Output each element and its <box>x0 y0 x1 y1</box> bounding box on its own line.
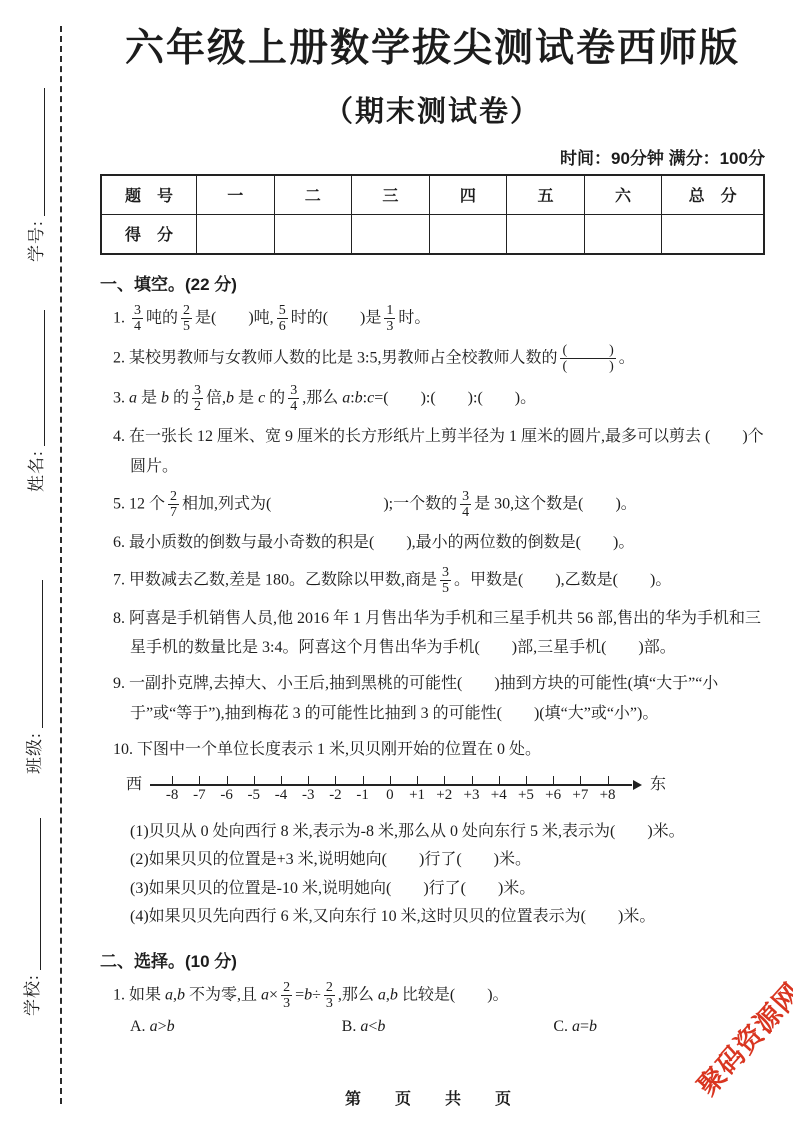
student-id-label: 学号: <box>27 220 46 262</box>
number-line-tick <box>553 776 554 785</box>
number-line-axis <box>150 784 632 786</box>
number-line-tick <box>308 776 309 785</box>
question-6: 6. 最小质数的倒数与最小奇数的积是( ),最小的两位数的倒数是( )。 <box>100 528 765 557</box>
number-line-tick-label: +2 <box>436 787 452 804</box>
page-subtitle: （期末测试卷） <box>100 89 765 130</box>
number-line-tick <box>580 776 581 785</box>
question-1: 1. 34吨的25是( )吨,56时的( )是13时。 <box>100 302 765 335</box>
number-line-tick <box>335 776 336 785</box>
number-line-tick-label: +8 <box>600 787 616 804</box>
number-line-tick <box>417 776 418 785</box>
fraction: ( )( ) <box>560 343 615 374</box>
section-1-heading: 一、填空。(22 分) <box>100 270 765 295</box>
score-cell <box>196 214 274 254</box>
class-label: 班级: <box>25 732 44 774</box>
score-table-col-4: 四 <box>429 175 507 215</box>
fraction: 35 <box>440 565 451 596</box>
number-line-tick-label: -6 <box>220 787 233 804</box>
question-2: 2. 某校男教师与女教师人数的比是 3:5,男教师占全校教师人数的( )( )。 <box>100 342 765 375</box>
score-row-label: 得 分 <box>101 214 196 254</box>
number-line-tick <box>499 776 500 785</box>
fraction: 34 <box>460 489 471 520</box>
number-line-tick-label: -2 <box>329 787 342 804</box>
number-line: 西 -8-7-6-5-4-3-2-10+1+2+3+4+5+6+7+8 东 <box>126 770 765 814</box>
student-name-label: 姓名: <box>27 450 46 492</box>
number-line-tick-label: -7 <box>193 787 206 804</box>
number-line-tick-label: +6 <box>545 787 561 804</box>
fraction: 23 <box>281 980 292 1011</box>
score-cell <box>662 214 764 254</box>
class-field: 班级: <box>20 580 46 774</box>
section-2-question-1: 1. 如果 a,b 不为零,且 a×23=b÷23,那么 a,b 比较是( )。 <box>100 979 765 1012</box>
number-line-tick <box>281 776 282 785</box>
number-line-tick <box>172 776 173 785</box>
fraction: 25 <box>181 303 192 334</box>
number-line-track: -8-7-6-5-4-3-2-10+1+2+3+4+5+6+7+8 <box>150 770 642 814</box>
question-4: 4. 在一张长 12 厘米、宽 9 厘米的长方形纸片上剪半径为 1 厘米的圆片,… <box>100 422 765 480</box>
score-cell <box>352 214 430 254</box>
east-label: 东 <box>650 770 666 794</box>
score-table-col-2: 二 <box>274 175 352 215</box>
school-field: 学校: <box>18 818 44 1016</box>
question-5: 5. 12 个27相加,列式为( );一个数的34是 30,这个数是( )。 <box>100 488 765 521</box>
score-cell <box>274 214 352 254</box>
option-a: A. a>b <box>130 1018 342 1036</box>
number-line-tick <box>608 776 609 785</box>
number-line-tick-label: -4 <box>275 787 288 804</box>
number-line-tick <box>199 776 200 785</box>
score-table-col-6: 六 <box>584 175 662 215</box>
student-id-field: 学号: <box>22 88 48 262</box>
west-label: 西 <box>126 770 142 794</box>
school-label: 学校: <box>23 974 42 1016</box>
page-title: 六年级上册数学拔尖测试卷西师版 <box>100 26 765 73</box>
question-8: 8. 阿喜是手机销售人员,他 2016 年 1 月售出华为手机和三星手机共 56… <box>100 604 765 662</box>
choice-options-row: A. a>b B. a<b C. a=b <box>100 1018 765 1036</box>
number-line-tick <box>363 776 364 785</box>
number-line-tick <box>444 776 445 785</box>
school-blank-line <box>40 818 41 970</box>
number-line-tick <box>472 776 473 785</box>
page-footer: 第 页 共 页 <box>100 1086 765 1109</box>
score-table-col-3: 三 <box>352 175 430 215</box>
number-line-tick-label: -3 <box>302 787 315 804</box>
number-line-tick <box>227 776 228 785</box>
number-line-tick-label: +7 <box>572 787 588 804</box>
number-line-tick-label: +5 <box>518 787 534 804</box>
number-line-tick-label: +4 <box>491 787 507 804</box>
question-3: 3. a 是 b 的32倍,b 是 c 的34,那么 a:b:c=( ):( )… <box>100 382 765 415</box>
fraction: 32 <box>192 383 203 414</box>
class-blank-line <box>42 580 43 728</box>
question-10-sub-4: (4)如果贝贝先向西行 6 米,又向东行 10 米,这时贝贝的位置表示为( )米… <box>100 903 765 931</box>
test-paper-page: 学号: 姓名: 班级: 学校: 六年级上册数学拔尖测试卷西师版 （期末测试卷） … <box>0 0 793 1122</box>
exam-time-score-info: 时间：90分钟 满分：100分 <box>100 144 765 169</box>
question-10-sub-3: (3)如果贝贝的位置是-10 米,说明她向( )行了( )米。 <box>100 875 765 903</box>
score-table-col-total: 总 分 <box>662 175 764 215</box>
number-line-tick-label: -8 <box>166 787 179 804</box>
question-7: 7. 甲数减去乙数,差是 180。乙数除以甲数,商是35。甲数是( ),乙数是(… <box>100 564 765 597</box>
score-table-score-row: 得 分 <box>101 214 764 254</box>
fraction: 34 <box>288 383 299 414</box>
question-10-sub-2: (2)如果贝贝的位置是+3 米,说明她向( )行了( )米。 <box>100 846 765 874</box>
question-10: 10. 下图中一个单位长度表示 1 米,贝贝刚开始的位置在 0 处。 <box>100 735 765 764</box>
number-line-tick <box>254 776 255 785</box>
number-line-tick <box>526 776 527 785</box>
score-table-col-5: 五 <box>507 175 585 215</box>
question-9: 9. 一副扑克牌,去掉大、小王后,抽到黑桃的可能性( )抽到方块的可能性(填“大… <box>100 669 765 727</box>
fold-dashed-line <box>60 26 62 1104</box>
question-10-sub-1: (1)贝贝从 0 处向西行 8 米,表示为-8 米,那么从 0 处向东行 5 米… <box>100 818 765 846</box>
option-b: B. a<b <box>342 1018 554 1036</box>
section-2-heading: 二、选择。(10 分) <box>100 947 765 972</box>
score-table: 题 号 一 二 三 四 五 六 总 分 得 分 <box>100 174 765 255</box>
number-line-tick-label: +1 <box>409 787 425 804</box>
number-line-tick-label: -5 <box>248 787 261 804</box>
student-name-field: 姓名: <box>22 310 48 492</box>
score-cell <box>429 214 507 254</box>
fraction: 34 <box>132 303 143 334</box>
number-line-tick-label: +3 <box>464 787 480 804</box>
student-id-blank-line <box>44 88 45 216</box>
score-table-header-label: 题 号 <box>101 175 196 215</box>
fraction: 27 <box>168 489 179 520</box>
fraction: 23 <box>324 980 335 1011</box>
number-line-tick-label: -1 <box>356 787 369 804</box>
number-line-tick-label: 0 <box>386 787 394 804</box>
fraction: 56 <box>277 303 288 334</box>
score-table-col-1: 一 <box>196 175 274 215</box>
score-cell <box>507 214 585 254</box>
student-name-blank-line <box>44 310 45 446</box>
fraction: 13 <box>384 303 395 334</box>
score-cell <box>584 214 662 254</box>
paper-content: 六年级上册数学拔尖测试卷西师版 （期末测试卷） 时间：90分钟 满分：100分 … <box>100 0 765 1036</box>
number-line-tick <box>390 776 391 785</box>
score-table-header-row: 题 号 一 二 三 四 五 六 总 分 <box>101 175 764 215</box>
